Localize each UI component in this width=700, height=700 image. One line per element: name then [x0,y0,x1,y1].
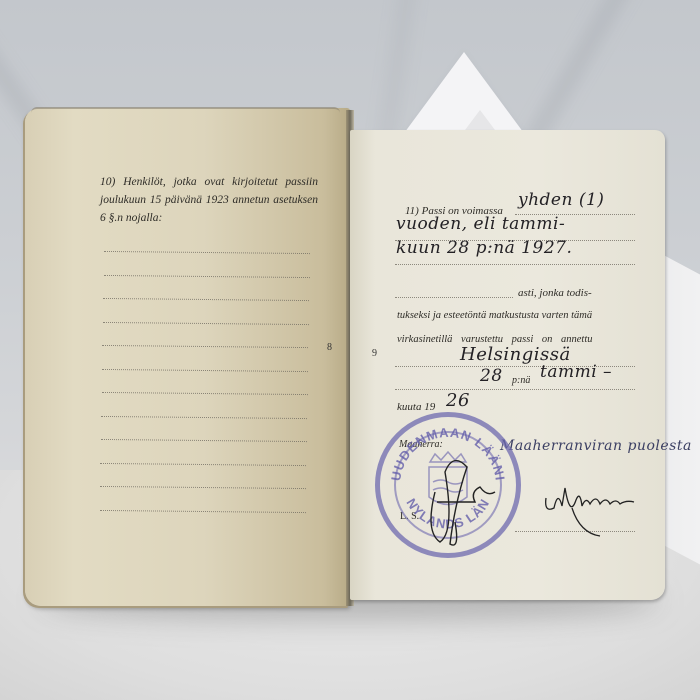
dotted-line [395,297,513,298]
right-page-number: 9 [372,348,377,359]
signature-2 [540,478,640,538]
stamp-text-top: UUDENMAAN LÄÄNI [388,425,508,482]
svg-text:UUDENMAAN LÄÄNI: UUDENMAAN LÄÄNI [388,425,508,482]
dotted-line [395,264,635,265]
handwritten-validity-3: kuun 28 p:nä 1927. [396,238,572,258]
handwritten-validity-1: yhden (1) [518,190,604,210]
official-seal-stamp: UUDENMAAN LÄÄNI NYLANDS LÄN [375,412,521,558]
handwritten-authority: Maaherranviran puolesta [500,438,692,454]
left-page-heading: 10) Henkilöt, jotka ovat kirjoitetut pas… [100,173,318,227]
handwritten-validity-2: vuoden, eli tammi- [396,214,565,234]
handwritten-month: tammi – [540,362,612,382]
printed-line-2: tukseksi ja esteetöntä matkustusta varte… [397,307,592,325]
printed-until: asti, jonka todis- [518,284,592,302]
left-page-number: 8 [327,342,332,353]
stamp-text-ring: UUDENMAAN LÄÄNI NYLANDS LÄN [375,412,521,558]
handwritten-day: 28 [480,366,503,386]
printed-day-suffix: p:nä [512,372,530,390]
dotted-line [395,389,635,390]
handwritten-year: 26 [446,390,470,411]
